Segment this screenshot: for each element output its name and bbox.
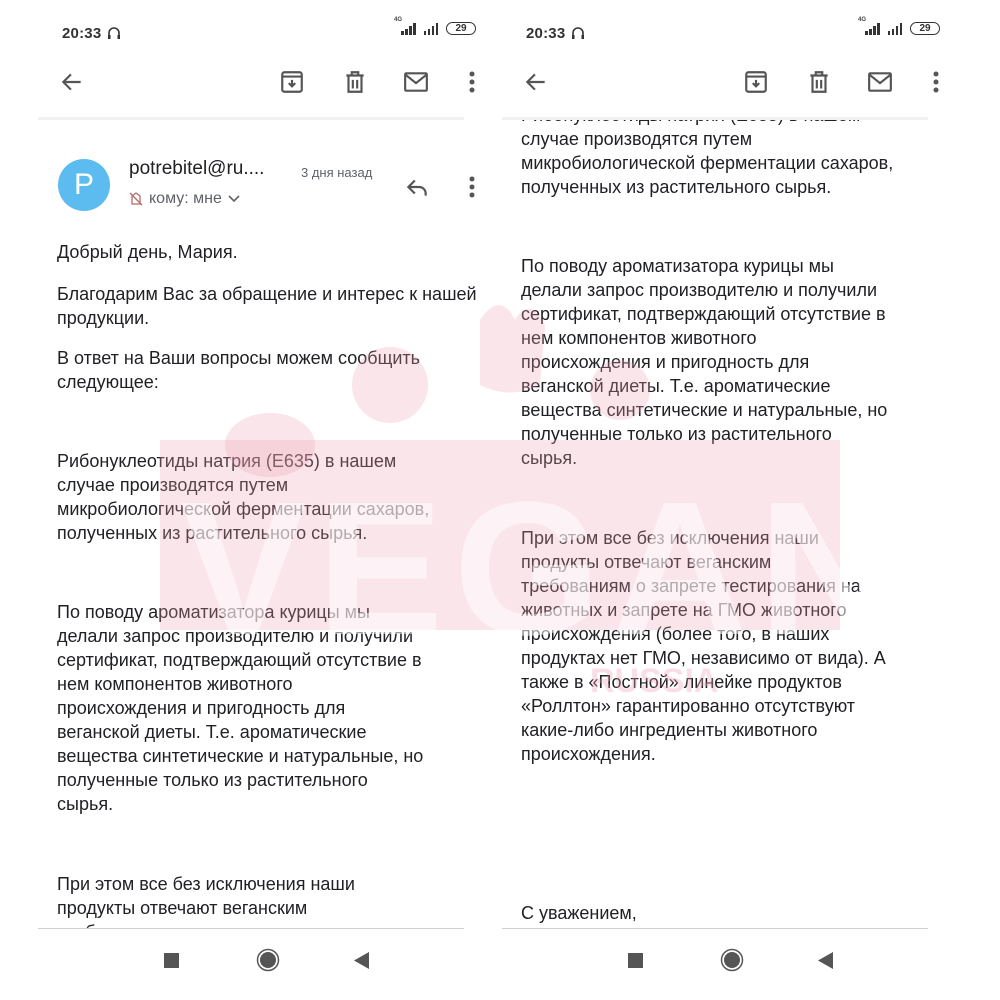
signal-4g-icon: 4G — [865, 23, 880, 35]
reply-button[interactable] — [403, 174, 433, 204]
mail-icon — [402, 69, 430, 95]
recents-button[interactable] — [164, 953, 179, 973]
trash-icon — [806, 69, 832, 95]
paragraph-vegan-requirements: При этом все без исключения наши продукт… — [57, 872, 478, 928]
email-content: P potrebitel@ru.... 3 дня назад кому: мн… — [57, 120, 478, 928]
paragraph-flavor: По поводу ароматизатора курицы мы делали… — [57, 600, 478, 816]
chevron-down-icon — [228, 195, 240, 203]
more-options-button[interactable] — [922, 68, 950, 96]
home-button[interactable] — [720, 948, 744, 977]
status-time: 20:33 — [62, 25, 101, 42]
sender-header: P potrebitel@ru.... 3 дня назад кому: мн… — [57, 138, 478, 208]
archive-icon — [279, 69, 305, 95]
paragraph-flavor: По поводу ароматизатора курицы мы делали… — [521, 254, 942, 470]
paragraph-thanks: Благодарим Вас за обращение и интерес к … — [57, 282, 478, 330]
status-bar: 20:33 4G 29 — [526, 18, 940, 48]
greeting: Добрый день, Мария. — [57, 240, 478, 264]
android-nav-bar — [0, 940, 500, 980]
back-arrow-icon — [523, 69, 549, 95]
home-circle-icon — [720, 948, 744, 972]
archive-button[interactable] — [278, 68, 306, 96]
status-time: 20:33 — [526, 25, 565, 42]
email-content-scrolled: Рибонуклеотиды натрия (Е635) в нашем слу… — [521, 120, 942, 928]
archive-button[interactable] — [742, 68, 770, 96]
bottom-divider — [502, 928, 928, 929]
paragraph-intro: В ответ на Ваши вопросы можем сообщить с… — [57, 346, 478, 394]
toolbar — [56, 62, 478, 102]
left-screenshot: 20:33 4G 29 — [0, 0, 500, 1000]
more-vertical-icon — [932, 70, 940, 94]
archive-icon — [743, 69, 769, 95]
home-button[interactable] — [256, 948, 280, 977]
headset-icon — [571, 26, 585, 40]
signal-icon — [424, 23, 439, 35]
status-bar: 20:33 4G 29 — [62, 18, 476, 48]
label-off-icon — [129, 192, 143, 206]
recents-button[interactable] — [628, 953, 643, 973]
right-screenshot: 20:33 4G 29 — [464, 0, 964, 1000]
reply-icon — [403, 174, 431, 200]
sender-name[interactable]: potrebitel@ru.... — [129, 158, 264, 180]
trash-icon — [342, 69, 368, 95]
nav-back-button[interactable] — [818, 952, 834, 974]
back-arrow-icon — [59, 69, 85, 95]
back-button[interactable] — [58, 68, 86, 96]
home-circle-icon — [256, 948, 280, 972]
delete-button[interactable] — [805, 68, 833, 96]
headset-icon — [107, 26, 121, 40]
bottom-divider — [38, 928, 464, 929]
android-nav-bar — [464, 940, 964, 980]
back-button[interactable] — [522, 68, 550, 96]
triangle-back-icon — [818, 952, 834, 969]
signoff: С уважением, — [521, 901, 942, 925]
recipient-label: кому: мне — [149, 190, 222, 208]
recipient-details-toggle[interactable]: кому: мне — [129, 190, 240, 208]
paragraph-vegan-requirements: При этом все без исключения наши продукт… — [521, 526, 942, 766]
mail-icon — [866, 69, 894, 95]
delete-button[interactable] — [341, 68, 369, 96]
triangle-back-icon — [354, 952, 370, 969]
square-icon — [164, 953, 179, 968]
toolbar — [520, 62, 942, 102]
received-time: 3 дня назад — [301, 165, 372, 180]
paragraph-e635: Рибонуклеотиды натрия (Е635) в нашем слу… — [521, 120, 942, 199]
nav-back-button[interactable] — [354, 952, 370, 974]
signal-icon — [888, 23, 903, 35]
paragraph-e635: Рибонуклеотиды натрия (Е635) в нашем слу… — [57, 449, 478, 545]
signal-4g-icon: 4G — [401, 23, 416, 35]
mark-unread-button[interactable] — [402, 68, 430, 96]
avatar[interactable]: P — [58, 159, 110, 211]
mark-unread-button[interactable] — [866, 68, 894, 96]
battery-indicator: 29 — [910, 22, 940, 35]
square-icon — [628, 953, 643, 968]
